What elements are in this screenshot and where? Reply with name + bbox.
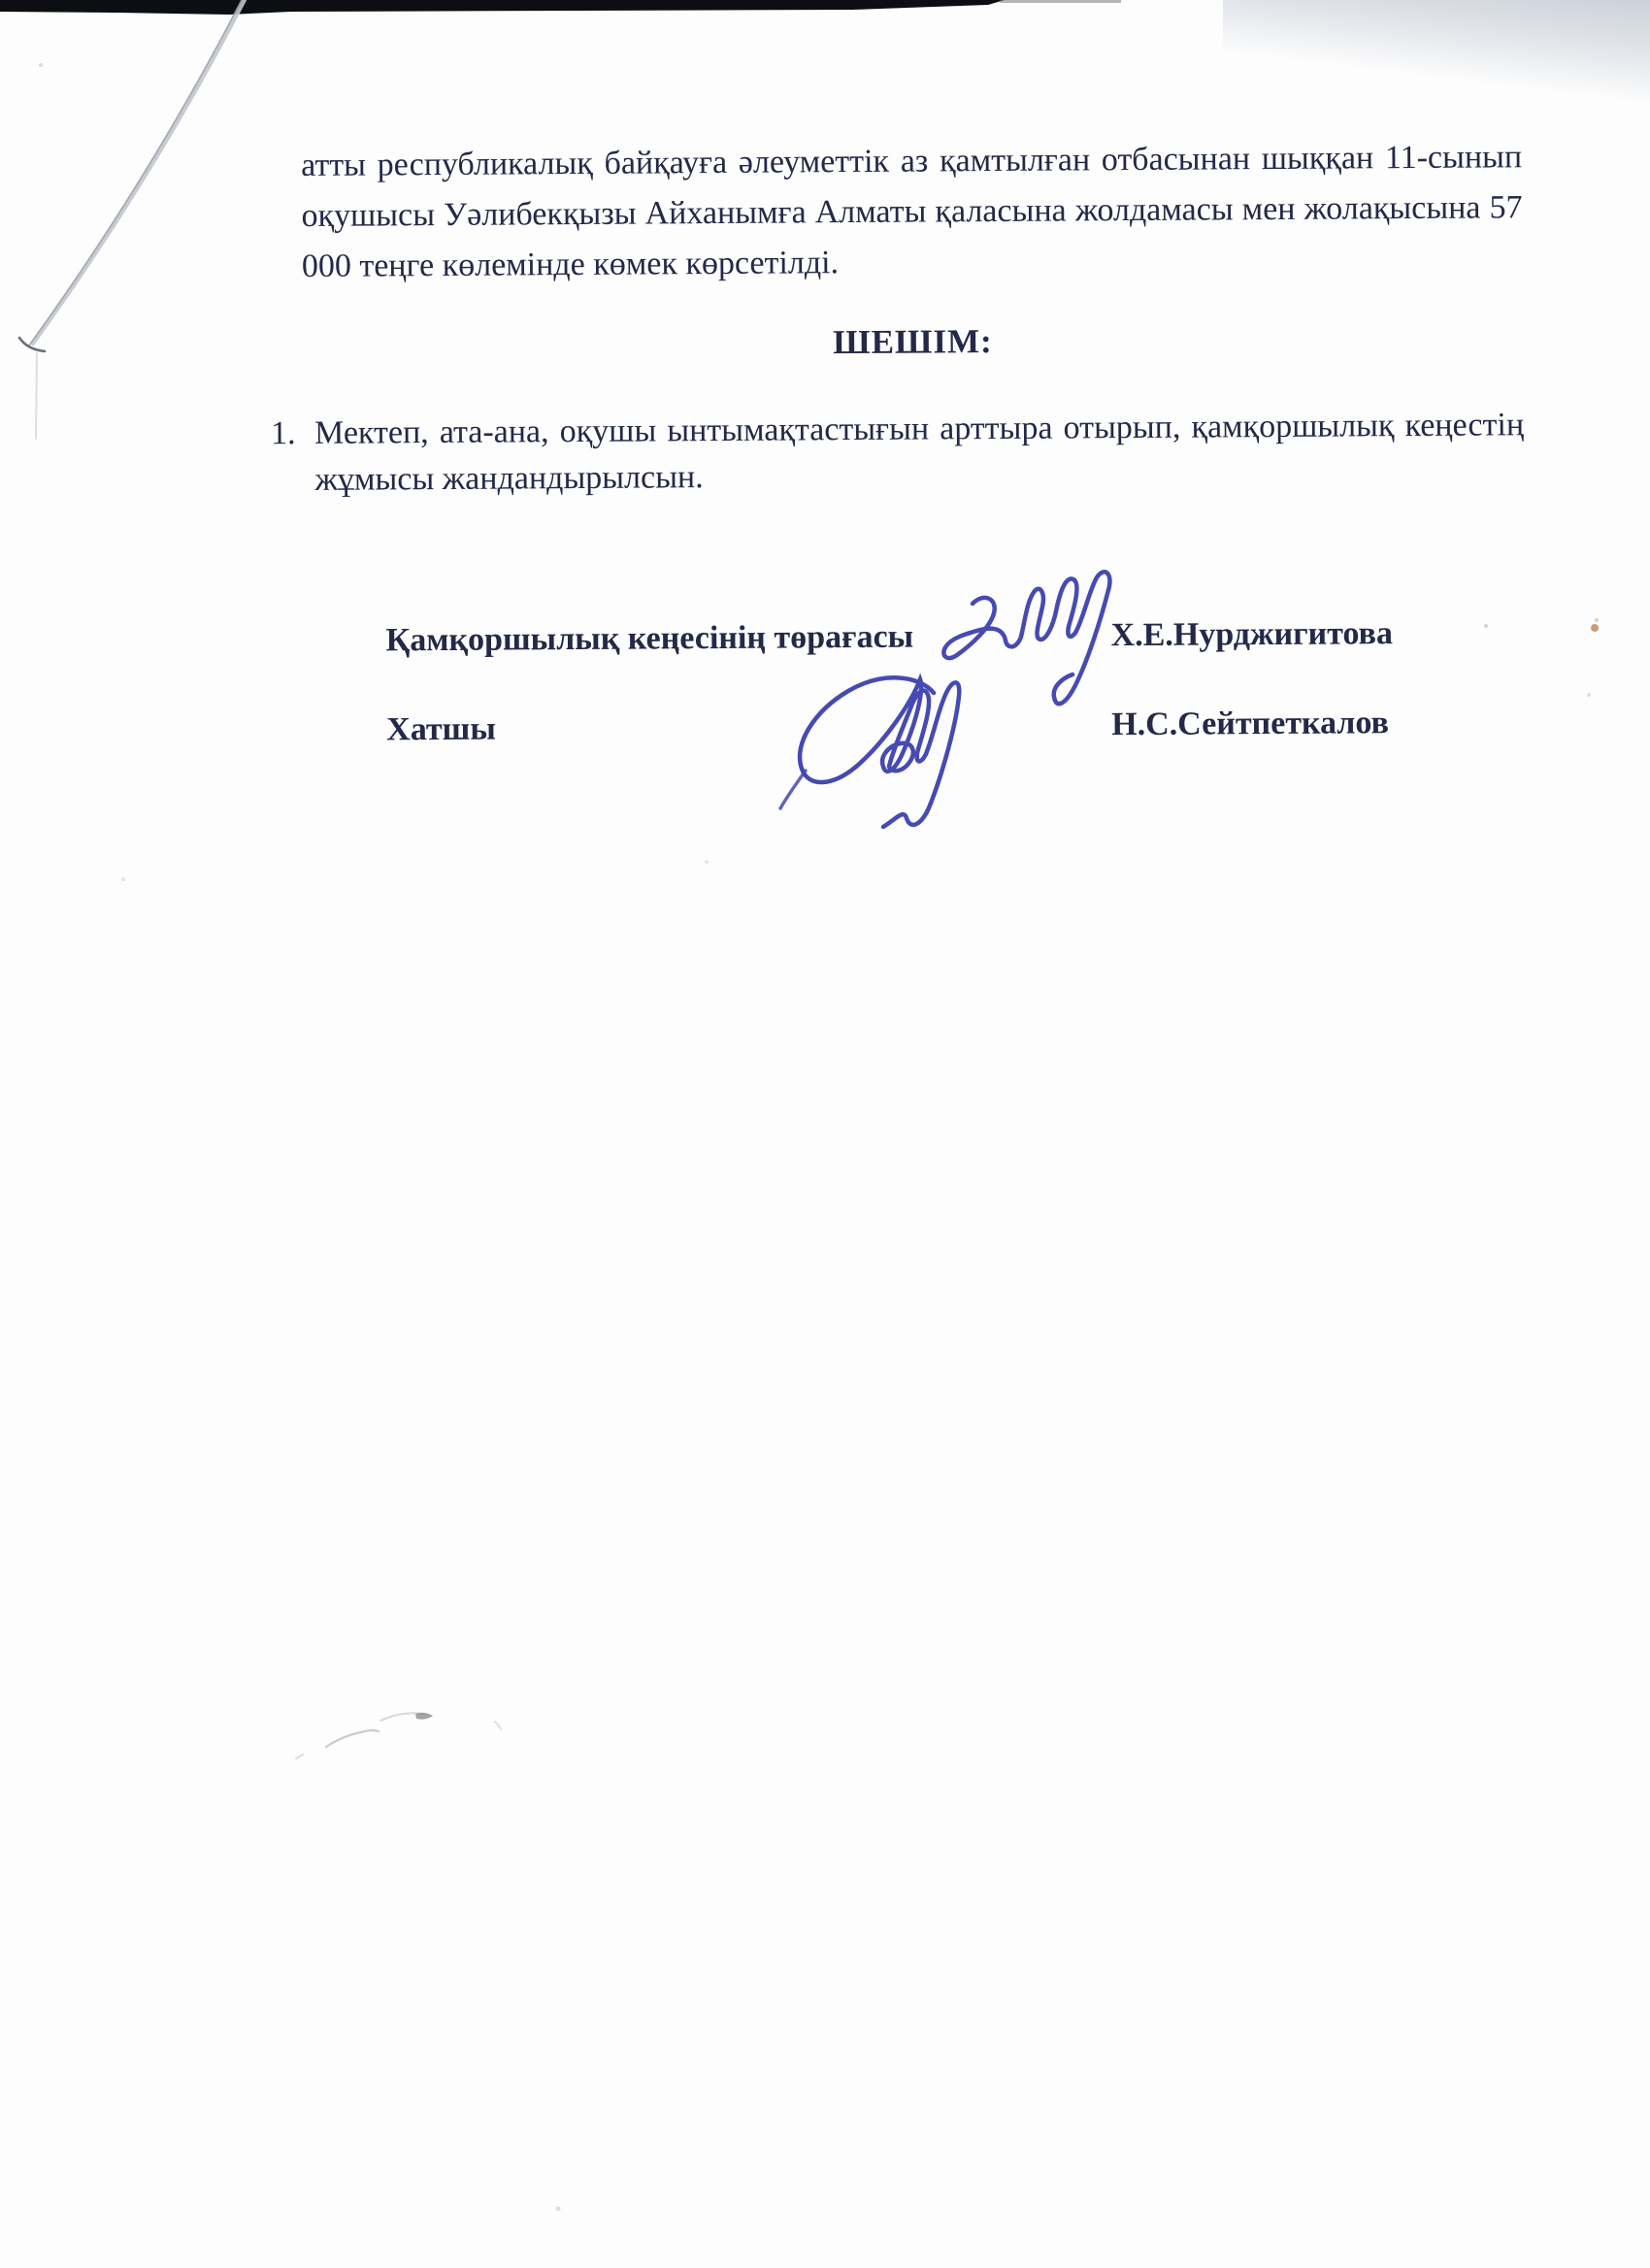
chairman-name: Х.Е.Нурджигитова <box>1110 608 1393 661</box>
decision-item: 1. Мектеп, ата-ана, оқушы ынтымақтастығы… <box>303 402 1525 504</box>
signature-row-chairman: Қамқоршылық кеңесінің төрағасы Х.Е.Нурдж… <box>304 608 1525 667</box>
decision-list: 1. Мектеп, ата-ана, оқушы ынтымақтастығы… <box>303 402 1525 504</box>
scan-top-edge <box>0 0 1121 15</box>
decision-item-number: 1. <box>271 411 296 457</box>
signature-row-secretary: Хатшы Н.С.Сейтпеткалов <box>305 697 1526 756</box>
chairman-role-label: Қамқоршылық кеңесінің төрағасы <box>385 619 913 659</box>
body-paragraph: атты республикалық байқауға әлеуметтік а… <box>301 132 1523 292</box>
decision-heading: ШЕШІМ: <box>302 312 1523 372</box>
scanned-document-page: атты республикалық байқауға әлеуметтік а… <box>0 0 1650 2268</box>
decision-item-text: Мектеп, ата-ана, оқушы ынтымақтастығын а… <box>314 407 1524 498</box>
secretary-name: Н.С.Сейтпеткалов <box>1111 698 1389 750</box>
scan-corner-shadow <box>1223 0 1650 116</box>
pencil-scribble <box>296 1713 501 1759</box>
document-content: атты республикалық байқауға әлеуметтік а… <box>301 132 1526 756</box>
secretary-role-label: Хатшы <box>386 711 496 748</box>
paper-crease-icon <box>19 0 246 439</box>
signature-block: Қамқоршылық кеңесінің төрағасы Х.Е.Нурдж… <box>304 608 1526 756</box>
